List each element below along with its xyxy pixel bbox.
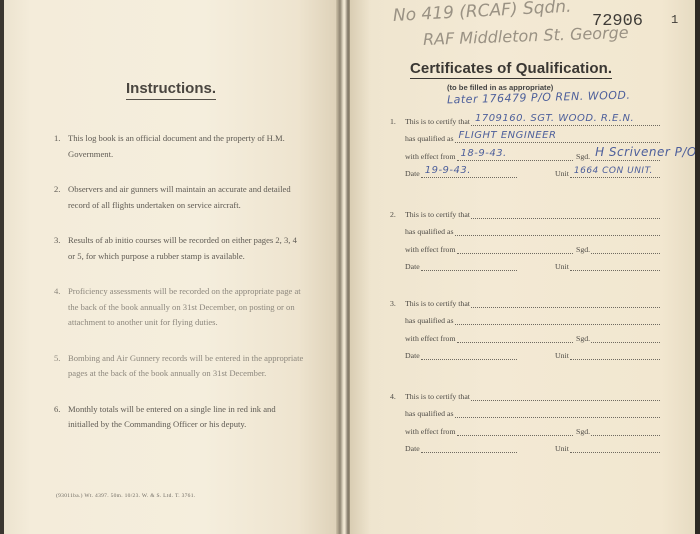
name-field[interactable] <box>471 207 660 219</box>
qualified-label: has qualified as <box>405 316 454 325</box>
name-field[interactable]: 1709160. SGT. WOOD. R.E.N. <box>471 114 660 126</box>
qualified-field[interactable] <box>455 313 661 325</box>
left-page: Instructions. 1. This log book is an off… <box>4 0 338 534</box>
date-field[interactable] <box>421 348 517 360</box>
effect-label: with effect from <box>405 152 456 161</box>
serial-number: 72906 <box>592 12 643 31</box>
name-field[interactable] <box>471 389 660 401</box>
certify-label: 4.This is to certify that <box>390 392 470 401</box>
signed-label: Sgd. <box>576 152 590 161</box>
unit-label: Unit <box>555 444 569 453</box>
certificate-4: 4.This is to certify that has qualified … <box>390 383 660 453</box>
effect-label: with effect from <box>405 427 456 436</box>
qualified-label: has qualified as <box>405 227 454 236</box>
signed-field[interactable]: H Scrivener P/O <box>591 149 660 161</box>
signed-label: Sgd. <box>576 427 590 436</box>
signed-field[interactable] <box>591 424 660 436</box>
instruction-number: 3. <box>54 233 60 249</box>
instruction-item: 2. Observers and air gunners will mainta… <box>54 182 306 213</box>
date-row: Date 19-9-43. Unit 1664 CON UNIT. <box>390 161 660 179</box>
certify-label: 2.This is to certify that <box>390 210 470 219</box>
certificate-3: 3.This is to certify that has qualified … <box>390 290 660 360</box>
name-field[interactable] <box>471 296 660 308</box>
date-value: 19-9-43. <box>425 165 471 176</box>
instruction-item: 3. Results of ab initio courses will be … <box>54 233 306 264</box>
instruction-item: 6. Monthly totals will be entered on a s… <box>54 402 306 433</box>
date-label: Date <box>405 169 420 178</box>
qualified-field[interactable] <box>455 406 661 418</box>
signed-value: H Scrivener P/O <box>595 145 697 159</box>
date-label: Date <box>405 262 420 271</box>
instruction-text: Monthly totals will be entered on a sing… <box>68 404 276 430</box>
qualified-field[interactable] <box>455 224 661 236</box>
date-label: Date <box>405 444 420 453</box>
page-number: 1 <box>671 13 678 27</box>
unit-field[interactable] <box>570 348 660 360</box>
instruction-item: 4. Proficiency assessments will be recor… <box>54 284 306 331</box>
unit-label: Unit <box>555 169 569 178</box>
certificates-title: Certificates of Qualification. <box>410 60 612 79</box>
effect-field[interactable] <box>457 331 573 343</box>
instruction-text: Results of ab initio courses will be rec… <box>68 235 297 261</box>
instruction-text: Bombing and Air Gunnery records will be … <box>68 353 303 379</box>
instruction-text: Observers and air gunners will maintain … <box>68 184 291 210</box>
unit-field[interactable] <box>570 259 660 271</box>
instruction-number: 4. <box>54 284 60 300</box>
printer-imprint: (93011ba.) Wt. 4397. 50m. 10/23. W. & S.… <box>56 493 195 499</box>
certify-label: 1.This is to certify that <box>390 117 470 126</box>
certificate-2: 2.This is to certify that has qualified … <box>390 201 660 271</box>
instruction-number: 1. <box>54 131 60 147</box>
qualified-value: FLIGHT ENGINEER <box>459 130 557 141</box>
signed-field[interactable] <box>591 331 660 343</box>
date-field[interactable]: 19-9-43. <box>421 166 517 178</box>
qualified-row: has qualified as FLIGHT ENGINEER <box>390 126 660 144</box>
unit-field[interactable] <box>570 441 660 453</box>
qualified-field[interactable]: FLIGHT ENGINEER <box>455 131 661 143</box>
instruction-number: 6. <box>54 402 60 418</box>
effect-field[interactable]: 18-9-43. <box>457 149 573 161</box>
effect-label: with effect from <box>405 334 456 343</box>
instructions-heading: Instructions. <box>4 80 338 98</box>
certify-row: 1.This is to certify that 1709160. SGT. … <box>390 108 660 126</box>
signed-field[interactable] <box>591 242 660 254</box>
effect-label: with effect from <box>405 245 456 254</box>
qualified-label: has qualified as <box>405 134 454 143</box>
signed-label: Sgd. <box>576 334 590 343</box>
effect-field[interactable] <box>457 424 573 436</box>
instruction-item: 5. Bombing and Air Gunnery records will … <box>54 351 306 382</box>
instruction-item: 1. This log book is an official document… <box>54 131 306 162</box>
date-label: Date <box>405 351 420 360</box>
instructions-list: 1. This log book is an official document… <box>54 131 306 433</box>
unit-label: Unit <box>555 351 569 360</box>
instructions-title: Instructions. <box>126 80 216 100</box>
instruction-number: 2. <box>54 182 60 198</box>
instruction-number: 5. <box>54 351 60 367</box>
qualified-label: has qualified as <box>405 409 454 418</box>
instruction-text: Proficiency assessments will be recorded… <box>68 286 301 327</box>
effect-value: 18-9-43. <box>461 148 507 159</box>
name-value: 1709160. SGT. WOOD. R.E.N. <box>475 113 634 124</box>
instruction-text: This log book is an official document an… <box>68 133 285 159</box>
signed-label: Sgd. <box>576 245 590 254</box>
date-field[interactable] <box>421 259 517 271</box>
unit-value: 1664 CON UNIT. <box>574 166 653 176</box>
certificate-1: 1.This is to certify that 1709160. SGT. … <box>390 108 660 178</box>
unit-field[interactable]: 1664 CON UNIT. <box>570 166 660 178</box>
unit-label: Unit <box>555 262 569 271</box>
book-right-edge <box>695 0 700 534</box>
certify-label: 3.This is to certify that <box>390 299 470 308</box>
effect-field[interactable] <box>457 242 573 254</box>
date-field[interactable] <box>421 441 517 453</box>
effect-row: with effect from 18-9-43. Sgd. H Scriven… <box>390 143 660 161</box>
